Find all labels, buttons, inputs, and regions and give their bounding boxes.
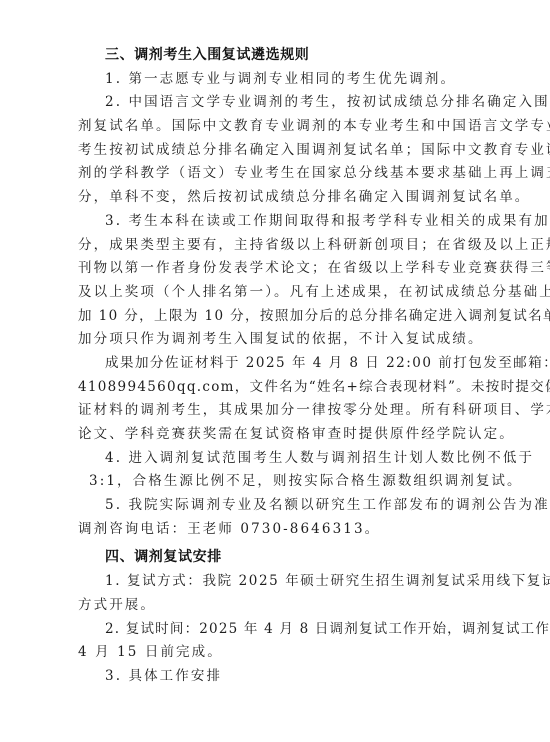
evidence-line-3: 证材料的调剂考生，其成果加分一律按零分处理。所有科研项目、学术 (78, 399, 480, 423)
rule-2-line-1: 2. 中国语言文学专业调剂的考生，按初试成绩总分排名确定入围调 (78, 91, 480, 115)
section-4-heading: 四、调剂复试安排 (78, 546, 480, 570)
arrangement-2-line-1: 2. 复试时间：2025 年 4 月 8 日调剂复试工作开始，调剂复试工作于 (78, 618, 480, 642)
arrangement-2-line-2: 4 月 15 日前完成。 (78, 641, 480, 665)
document-page: 三、调剂考生入围复试遴选规则 1. 第一志愿专业与调剂专业相同的考生优先调剂。 … (78, 44, 480, 689)
rule-2-line-5: 分，单科不变，然后按初试成绩总分排名确定入围调剂复试名单。 (78, 186, 480, 210)
evidence-line-1: 成果加分佐证材料于 2025 年 4 月 8 日 22:00 前打包发至邮箱： (78, 352, 480, 376)
arrangement-3: 3. 具体工作安排 (78, 665, 480, 689)
arrangement-1-line-1: 1. 复试方式：我院 2025 年硕士研究生招生调剂复试采用线下复试 (78, 570, 480, 594)
rule-3-line-3: 刊物以第一作者身份发表学术论文；在省级以上学科专业竞赛获得三等 (78, 257, 480, 281)
rule-1: 1. 第一志愿专业与调剂专业相同的考生优先调剂。 (78, 68, 480, 92)
rule-3-line-5: 加 10 分，上限为 10 分，按照加分后的总分排名确定进入调剂复试名单。 (78, 305, 480, 329)
rule-4-line-1: 4. 进入调剂复试范围考生人数与调剂招生计划人数比例不低于 (78, 447, 480, 471)
evidence-line-4: 论文、学科竞赛获奖需在复试资格审查时提供原件经学院认定。 (78, 423, 480, 447)
rule-2-line-2: 剂复试名单。国际中文教育专业调剂的本专业考生和中国语言文学专业 (78, 115, 480, 139)
arrangement-1-line-2: 方式开展。 (78, 594, 480, 618)
rule-3-line-6: 加分项只作为调剂考生入围复试的依据，不计入复试成绩。 (78, 328, 480, 352)
evidence-line-2-email: 4108994560qq.com，文件名为“姓名+综合表现材料”。未按时提交佐 (78, 376, 480, 400)
rule-2-line-3: 考生按初试成绩总分排名确定入围调剂复试名单；国际中文教育专业调 (78, 139, 480, 163)
rule-3-line-4: 及以上奖项（个人排名第一）。凡有上述成果，在初试成绩总分基础上 (78, 281, 480, 305)
rule-5: 5. 我院实际调剂专业及名额以研究生工作部发布的调剂公告为准。 (78, 494, 480, 518)
contact-phone-line: 调剂咨询电话：王老师 0730-8646313。 (78, 518, 480, 542)
rule-3-line-1: 3. 考生本科在读或工作期间取得和报考学科专业相关的成果有加 (78, 210, 480, 234)
rule-4-line-2: 3:1，合格生源比例不足，则按实际合格生源数组织调剂复试。 (78, 470, 480, 494)
rule-3-line-2: 分，成果类型主要有，主持省级以上科研新创项目；在省级及以上正规 (78, 234, 480, 258)
section-3-heading: 三、调剂考生入围复试遴选规则 (78, 44, 480, 68)
rule-2-line-4: 剂的学科教学（语文）专业考生在国家总分线基本要求基础上再上调五 (78, 162, 480, 186)
